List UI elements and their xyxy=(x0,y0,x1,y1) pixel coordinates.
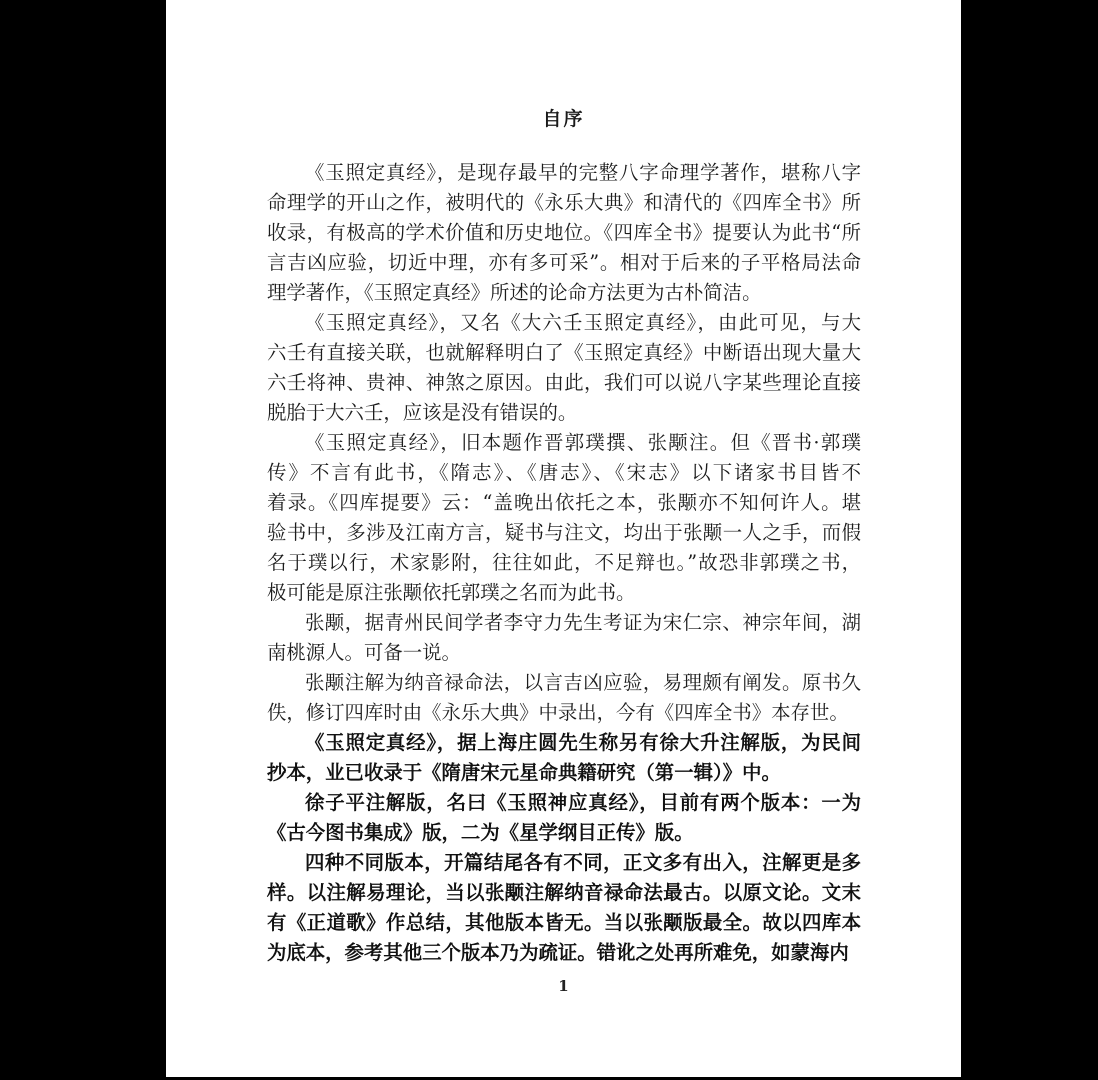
paragraph: 《玉照定真经》，是现存最早的完整八字命理学著作，堪称八字命理学的开山之作，被明代… xyxy=(267,158,861,308)
text-line: 脱胎于大六壬，应该是没有错误的。 xyxy=(267,398,861,428)
text-line: 《玉照定真经》，是现存最早的完整八字命理学著作，堪称八字 xyxy=(267,158,861,188)
text-line: 有《正道歌》作总结，其他版本皆无。当以张颙版最全。故以四库本 xyxy=(267,908,861,938)
text-line: 理学著作，《玉照定真经》所述的论命方法更为古朴简洁。 xyxy=(267,278,861,308)
text-line: 张颙注解为纳音禄命法，以言吉凶应验，易理颇有阐发。原书久 xyxy=(267,668,861,698)
page-title: 自序 xyxy=(166,104,961,131)
text-line: 命理学的开山之作，被明代的《永乐大典》和清代的《四库全书》所 xyxy=(267,188,861,218)
text-line: 徐子平注解版，名曰《玉照神应真经》，目前有两个版本：一为 xyxy=(267,788,861,818)
text-line: 为底本，参考其他三个版本乃为疏证。错讹之处再所难免，如蒙海内 xyxy=(267,938,861,968)
text-line: 极可能是原注张颙依托郭璞之名而为此书。 xyxy=(267,578,861,608)
text-line: 收录，有极高的学术价值和历史地位。《四库全书》提要认为此书“所 xyxy=(267,218,861,248)
paragraph: 徐子平注解版，名曰《玉照神应真经》，目前有两个版本：一为《古今图书集成》版，二为… xyxy=(267,788,861,848)
paragraph: 张颙，据青州民间学者李守力先生考证为宋仁宗、神宗年间，湖南桃源人。可备一说。 xyxy=(267,608,861,668)
paragraph: 《玉照定真经》，旧本题作晋郭璞撰、张颙注。但《晋书·郭璞传》不言有此书，《隋志》… xyxy=(267,428,861,608)
text-line: 言吉凶应验，切近中理，亦有多可采”。相对于后来的子平格局法命 xyxy=(267,248,861,278)
text-line: 六壬有直接关联，也就解释明白了《玉照定真经》中断语出现大量大 xyxy=(267,338,861,368)
document-body: 《玉照定真经》，是现存最早的完整八字命理学著作，堪称八字命理学的开山之作，被明代… xyxy=(267,158,861,968)
text-line: 传》不言有此书，《隋志》、《唐志》、《宋志》以下诸家书目皆不 xyxy=(267,458,861,488)
text-line: 样。以注解易理论，当以张颙注解纳音禄命法最古。以原文论。文末 xyxy=(267,878,861,908)
text-line: 《玉照定真经》，旧本题作晋郭璞撰、张颙注。但《晋书·郭璞 xyxy=(267,428,861,458)
text-line: 《玉照定真经》，又名《大六壬玉照定真经》，由此可见，与大 xyxy=(267,308,861,338)
paragraph: 《玉照定真经》，又名《大六壬玉照定真经》，由此可见，与大六壬有直接关联，也就解释… xyxy=(267,308,861,428)
paragraph: 《玉照定真经》，据上海庄圆先生称另有徐大升注解版，为民间抄本，业已收录于《隋唐宋… xyxy=(267,728,861,788)
text-line: 南桃源人。可备一说。 xyxy=(267,638,861,668)
text-line: 《古今图书集成》版，二为《星学纲目正传》版。 xyxy=(267,818,861,848)
text-line: 六壬将神、贵神、神煞之原因。由此，我们可以说八字某些理论直接 xyxy=(267,368,861,398)
text-line: 佚，修订四库时由《永乐大典》中录出，今有《四库全书》本存世。 xyxy=(267,698,861,728)
text-line: 抄本，业已收录于《隋唐宋元星命典籍研究（第一辑）》中。 xyxy=(267,758,861,788)
text-line: 《玉照定真经》，据上海庄圆先生称另有徐大升注解版，为民间 xyxy=(267,728,861,758)
text-line: 名于璞以行，术家影附，往往如此，不足辩也。”故恐非郭璞之书， xyxy=(267,548,861,578)
paragraph: 四种不同版本，开篇结尾各有不同，正文多有出入，注解更是多样。以注解易理论，当以张… xyxy=(267,848,861,968)
page-number: 1 xyxy=(166,977,961,995)
text-line: 四种不同版本，开篇结尾各有不同，正文多有出入，注解更是多 xyxy=(267,848,861,878)
document-page: 自序 《玉照定真经》，是现存最早的完整八字命理学著作，堪称八字命理学的开山之作，… xyxy=(166,0,961,1077)
paragraph: 张颙注解为纳音禄命法，以言吉凶应验，易理颇有阐发。原书久佚，修订四库时由《永乐大… xyxy=(267,668,861,728)
text-line: 张颙，据青州民间学者李守力先生考证为宋仁宗、神宗年间，湖 xyxy=(267,608,861,638)
text-line: 验书中，多涉及江南方言，疑书与注文，均出于张颙一人之手，而假 xyxy=(267,518,861,548)
text-line: 着录。《四库提要》云：“盖晚出依托之本，张颙亦不知何许人。堪 xyxy=(267,488,861,518)
